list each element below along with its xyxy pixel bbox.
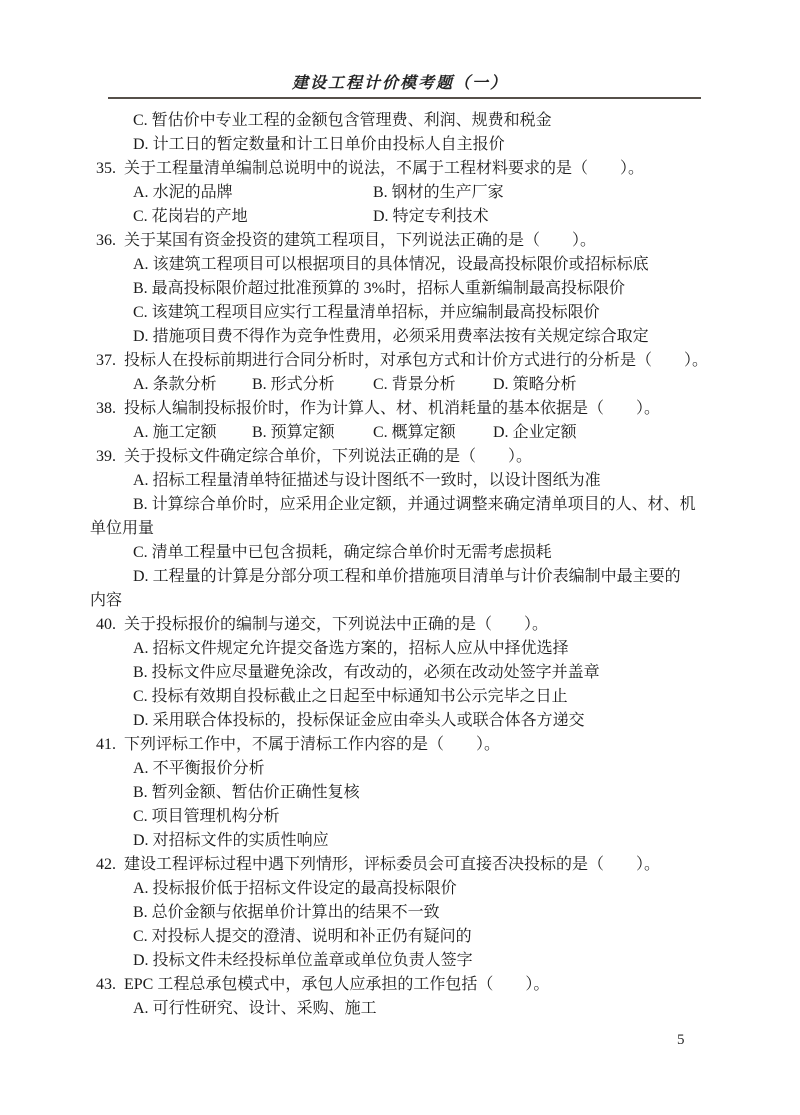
option-line: D. 投标文件未经投标单位盖章或单位负责人签字 xyxy=(90,949,716,973)
option-line: D. 计工日的暂定数量和计工日单价由投标人自主报价 xyxy=(90,133,716,157)
option-label: D. xyxy=(493,376,509,393)
continuation-text: 内容 xyxy=(90,592,122,609)
option-text: 对投标人提交的澄清、说明和补正仍有疑问的 xyxy=(152,928,472,945)
option-text: 背景分析 xyxy=(392,376,456,393)
option-line: C. 投标有效期自投标截止之日起至中标通知书公示完毕之日止 xyxy=(90,685,716,709)
option-text: 招标文件规定允许提交备选方案的，招标人应从中择优选择 xyxy=(153,640,569,657)
option-text: 形式分析 xyxy=(271,376,335,393)
option-label: A. xyxy=(133,472,149,489)
option-line: C. 项目管理机构分析 xyxy=(90,805,716,829)
question-text: 投标人在投标前期进行合同分析时，对承包方式和计价方式进行的分析是（ ）。 xyxy=(124,352,708,369)
option-label: C. xyxy=(133,808,148,825)
option-item: D. 策略分析 xyxy=(493,373,577,397)
option-item: C. 概算定额 xyxy=(373,421,493,445)
option-line: D. 工程量的计算是分部分项工程和单价措施项目清单与计价表编制中最主要的 xyxy=(90,565,716,589)
option-item: B. 钢材的生产厂家 xyxy=(373,181,504,205)
option-line: B. 暂列金额、暂估价正确性复核 xyxy=(90,781,716,805)
option-label: D. xyxy=(493,424,509,441)
question-number: 39. xyxy=(96,445,120,469)
option-label: D. xyxy=(133,328,149,345)
option-item: B. 预算定额 xyxy=(252,421,373,445)
question-text: 建设工程评标过程中遇下列情形，评标委员会可直接否决投标的是（ ）。 xyxy=(124,856,660,873)
option-label: C. xyxy=(133,928,148,945)
option-text: 钢材的生产厂家 xyxy=(392,184,504,201)
question-number: 37. xyxy=(96,349,120,373)
option-item: C. 背景分析 xyxy=(373,373,493,397)
question-list: C. 暂估价中专业工程的金额包含管理费、利润、规费和税金D. 计工日的暂定数量和… xyxy=(90,109,716,1021)
question-number: 36. xyxy=(96,229,120,253)
option-line: B. 总价金额与依据单价计算出的结果不一致 xyxy=(90,901,716,925)
page-number: 5 xyxy=(677,1032,685,1049)
option-text: 项目管理机构分析 xyxy=(152,808,280,825)
option-label: C. xyxy=(373,376,388,393)
option-row: A. 水泥的品牌B. 钢材的生产厂家 xyxy=(90,181,716,205)
option-line: C. 暂估价中专业工程的金额包含管理费、利润、规费和税金 xyxy=(90,109,716,133)
option-label: A. xyxy=(133,1000,149,1017)
option-line: A. 该建筑工程项目可以根据项目的具体情况，设最高投标限价或招标标底 xyxy=(90,253,716,277)
option-text: 该建筑工程项目可以根据项目的具体情况，设最高投标限价或招标标底 xyxy=(153,256,649,273)
option-text: 条款分析 xyxy=(153,376,217,393)
option-label: B. xyxy=(133,280,148,297)
header-divider xyxy=(108,97,701,99)
option-text: 招标工程量清单特征描述与设计图纸不一致时，以设计图纸为准 xyxy=(153,472,601,489)
option-text: 投标报价低于招标文件设定的最高投标限价 xyxy=(153,880,457,897)
question-text: 关于工程量清单编制总说明中的说法，不属于工程材料要求的是（ ）。 xyxy=(124,160,644,177)
option-item: D. 特定专利技术 xyxy=(373,205,489,229)
question-text: 关于某国有资金投资的建筑工程项目，下列说法正确的是（ ）。 xyxy=(124,232,596,249)
option-item: B. 形式分析 xyxy=(252,373,373,397)
option-text: 暂列金额、暂估价正确性复核 xyxy=(152,784,360,801)
option-row: A. 条款分析B. 形式分析C. 背景分析D. 策略分析 xyxy=(90,373,716,397)
option-label: B. xyxy=(252,376,267,393)
option-item: A. 施工定额 xyxy=(133,421,252,445)
option-label: C. xyxy=(373,424,388,441)
option-text: 投标文件应尽量避免涂改，有改动的，必须在改动处签字并盖章 xyxy=(152,664,600,681)
option-row: A. 施工定额B. 预算定额C. 概算定额D. 企业定额 xyxy=(90,421,716,445)
option-line: C. 清单工程量中已包含损耗，确定综合单价时无需考虑损耗 xyxy=(90,541,716,565)
option-text: 策略分析 xyxy=(513,376,577,393)
option-text: 花岗岩的产地 xyxy=(152,208,248,225)
option-label: A. xyxy=(133,424,149,441)
option-line: A. 可行性研究、设计、采购、施工 xyxy=(90,997,716,1021)
option-label: C. xyxy=(133,304,148,321)
question-number: 40. xyxy=(96,613,120,637)
option-label: C. xyxy=(133,208,148,225)
option-label: D. xyxy=(133,712,149,729)
continuation-text: 单位用量 xyxy=(90,520,154,537)
option-text: 投标文件未经投标单位盖章或单位负责人签字 xyxy=(153,952,473,969)
option-item: D. 企业定额 xyxy=(493,421,577,445)
page-title: 建设工程计价模考题（一） xyxy=(0,70,800,93)
option-label: B. xyxy=(133,664,148,681)
option-line: B. 最高投标限价超过批准预算的 3%时，招标人重新编制最高投标限价 xyxy=(90,277,716,301)
question-text: 关于投标文件确定综合单价，下列说法正确的是（ ）。 xyxy=(124,448,532,465)
option-label: B. xyxy=(252,424,267,441)
option-line: D. 对招标文件的实质性响应 xyxy=(90,829,716,853)
question-text: 下列评标工作中，不属于清标工作内容的是（ ）。 xyxy=(124,736,500,753)
question-number: 38. xyxy=(96,397,120,421)
option-text: 工程量的计算是分部分项工程和单价措施项目清单与计价表编制中最主要的 xyxy=(153,568,681,585)
exam-paper-page: 建设工程计价模考题（一） C. 暂估价中专业工程的金额包含管理费、利润、规费和税… xyxy=(0,0,800,1115)
option-line: C. 对投标人提交的澄清、说明和补正仍有疑问的 xyxy=(90,925,716,949)
question-line: 42. 建设工程评标过程中遇下列情形，评标委员会可直接否决投标的是（ ）。 xyxy=(90,853,716,877)
option-line: B. 投标文件应尽量避免涂改，有改动的，必须在改动处签字并盖章 xyxy=(90,661,716,685)
option-text: 预算定额 xyxy=(271,424,335,441)
question-line: 38. 投标人编制投标报价时，作为计算人、材、机消耗量的基本依据是（ ）。 xyxy=(90,397,716,421)
option-text: 措施项目费不得作为竞争性费用，必须采用费率法按有关规定综合取定 xyxy=(153,328,649,345)
option-line: B. 计算综合单价时，应采用企业定额，并通过调整来确定清单项目的人、材、机 xyxy=(90,493,716,517)
option-item: A. 条款分析 xyxy=(133,373,252,397)
question-line: 43. EPC 工程总承包模式中，承包人应承担的工作包括（ ）。 xyxy=(90,973,716,997)
option-text: 施工定额 xyxy=(153,424,217,441)
continuation-line: 单位用量 xyxy=(90,517,716,541)
option-text: 对招标文件的实质性响应 xyxy=(153,832,329,849)
option-line: C. 该建筑工程项目应实行工程量清单招标，并应编制最高投标限价 xyxy=(90,301,716,325)
option-line: A. 投标报价低于招标文件设定的最高投标限价 xyxy=(90,877,716,901)
option-text: 该建筑工程项目应实行工程量清单招标，并应编制最高投标限价 xyxy=(152,304,600,321)
option-label: C. xyxy=(133,112,148,129)
option-label: C. xyxy=(133,544,148,561)
question-number: 42. xyxy=(96,853,120,877)
question-text: 关于投标报价的编制与递交，下列说法中正确的是（ ）。 xyxy=(124,616,548,633)
option-label: A. xyxy=(133,760,149,777)
option-text: 清单工程量中已包含损耗，确定综合单价时无需考虑损耗 xyxy=(152,544,552,561)
question-number: 41. xyxy=(96,733,120,757)
option-text: 投标有效期自投标截止之日起至中标通知书公示完毕之日止 xyxy=(152,688,568,705)
option-text: 总价金额与依据单价计算出的结果不一致 xyxy=(152,904,440,921)
option-label: D. xyxy=(133,832,149,849)
option-text: 计算综合单价时，应采用企业定额，并通过调整来确定清单项目的人、材、机 xyxy=(152,496,696,513)
option-label: C. xyxy=(133,688,148,705)
option-text: 特定专利技术 xyxy=(393,208,489,225)
question-line: 35. 关于工程量清单编制总说明中的说法，不属于工程材料要求的是（ ）。 xyxy=(90,157,716,181)
option-text: 可行性研究、设计、采购、施工 xyxy=(153,1000,377,1017)
option-label: A. xyxy=(133,256,149,273)
option-text: 水泥的品牌 xyxy=(153,184,233,201)
option-label: B. xyxy=(133,784,148,801)
option-text: 概算定额 xyxy=(392,424,456,441)
option-row: C. 花岗岩的产地D. 特定专利技术 xyxy=(90,205,716,229)
option-text: 不平衡报价分析 xyxy=(153,760,265,777)
option-label: D. xyxy=(133,952,149,969)
question-number: 35. xyxy=(96,157,120,181)
option-line: A. 招标文件规定允许提交备选方案的，招标人应从中择优选择 xyxy=(90,637,716,661)
question-line: 36. 关于某国有资金投资的建筑工程项目，下列说法正确的是（ ）。 xyxy=(90,229,716,253)
option-label: A. xyxy=(133,640,149,657)
question-text: EPC 工程总承包模式中，承包人应承担的工作包括（ ）。 xyxy=(124,976,549,993)
option-text: 暂估价中专业工程的金额包含管理费、利润、规费和税金 xyxy=(152,112,552,129)
option-line: D. 采用联合体投标的，投标保证金应由牵头人或联合体各方递交 xyxy=(90,709,716,733)
option-text: 采用联合体投标的，投标保证金应由牵头人或联合体各方递交 xyxy=(153,712,585,729)
option-label: D. xyxy=(373,208,389,225)
question-line: 37. 投标人在投标前期进行合同分析时，对承包方式和计价方式进行的分析是（ ）。 xyxy=(90,349,716,373)
question-number: 43. xyxy=(96,973,120,997)
question-text: 投标人编制投标报价时，作为计算人、材、机消耗量的基本依据是（ ）。 xyxy=(124,400,660,417)
question-line: 40. 关于投标报价的编制与递交，下列说法中正确的是（ ）。 xyxy=(90,613,716,637)
option-line: A. 招标工程量清单特征描述与设计图纸不一致时，以设计图纸为准 xyxy=(90,469,716,493)
option-label: D. xyxy=(133,136,149,153)
question-line: 41. 下列评标工作中，不属于清标工作内容的是（ ）。 xyxy=(90,733,716,757)
option-label: B. xyxy=(133,496,148,513)
option-label: A. xyxy=(133,184,149,201)
option-label: B. xyxy=(133,904,148,921)
option-item: A. 水泥的品牌 xyxy=(133,181,373,205)
option-line: A. 不平衡报价分析 xyxy=(90,757,716,781)
option-label: A. xyxy=(133,880,149,897)
option-text: 计工日的暂定数量和计工日单价由投标人自主报价 xyxy=(153,136,505,153)
option-text: 最高投标限价超过批准预算的 3%时，招标人重新编制最高投标限价 xyxy=(152,280,625,297)
option-text: 企业定额 xyxy=(513,424,577,441)
option-label: A. xyxy=(133,376,149,393)
option-label: B. xyxy=(373,184,388,201)
option-line: D. 措施项目费不得作为竞争性费用，必须采用费率法按有关规定综合取定 xyxy=(90,325,716,349)
option-item: C. 花岗岩的产地 xyxy=(133,205,373,229)
continuation-line: 内容 xyxy=(90,589,716,613)
option-label: D. xyxy=(133,568,149,585)
question-line: 39. 关于投标文件确定综合单价，下列说法正确的是（ ）。 xyxy=(90,445,716,469)
